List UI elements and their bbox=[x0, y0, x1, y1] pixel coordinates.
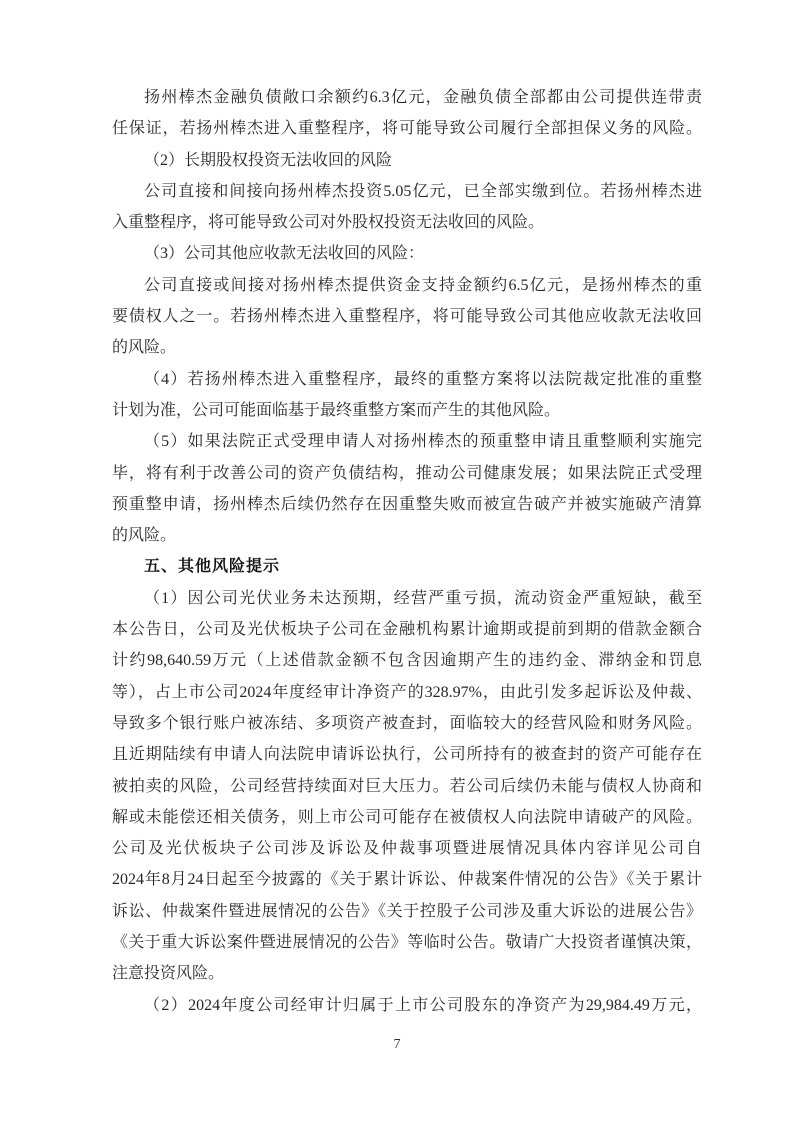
text-line: 计划为准，公司可能面临基于最终重整方案而产生的其他风险。 bbox=[112, 395, 702, 426]
text-line: 诉讼、仲裁案件暨进展情况的公告》《关于控股子公司涉及重大诉讼的进展公告》 bbox=[112, 896, 702, 927]
text-line: 且近期陆续有申请人向法院申请诉讼执行，公司所持有的被查封的资产可能存在 bbox=[112, 739, 702, 770]
text-line: 本公告日，公司及光伏板块子公司在金融机构累计逾期或提前到期的借款金额合 bbox=[112, 614, 702, 645]
text-line: 《关于重大诉讼案件暨进展情况的公告》等临时公告。敬请广大投资者谨慎决策， bbox=[112, 927, 702, 958]
text-line: 要债权人之一。若扬州棒杰进入重整程序，将可能导致公司其他应收款无法收回 bbox=[112, 301, 702, 332]
text-line: 2024年8月24日起至今披露的《关于累计诉讼、仲裁案件情况的公告》《关于累计 bbox=[112, 864, 702, 895]
text-line: 计约98,640.59万元（上述借款金额不包含因逾期产生的违约金、滞纳金和罚息 bbox=[112, 645, 702, 676]
text-line: 预重整申请，扬州棒杰后续仍然存在因重整失败而被宣告破产并被实施破产清算 bbox=[112, 489, 702, 520]
text-line: 被拍卖的风险，公司经营持续面对巨大压力。若公司后续仍未能与债权人协商和 bbox=[112, 771, 702, 802]
text-line: 公司直接和间接向扬州棒杰投资5.05亿元，已全部实缴到位。若扬州棒杰进 bbox=[112, 176, 702, 207]
document-page: 扬州棒杰金融负债敞口余额约6.3亿元，金融负债全部都由公司提供连带责任保证，若扬… bbox=[0, 0, 794, 1123]
text-line: 毕，将有利于改善公司的资产负债结构，推动公司健康发展；如果法院正式受理 bbox=[112, 458, 702, 489]
section-heading: 五、其他风险提示 bbox=[112, 551, 702, 582]
text-line: 解或未能偿还相关债务，则上市公司可能存在被债权人向法院申请破产的风险。 bbox=[112, 802, 702, 833]
text-line: （3）公司其他应收款无法收回的风险： bbox=[112, 238, 702, 269]
document-text-block: 扬州棒杰金融负债敞口余额约6.3亿元，金融负债全部都由公司提供连带责任保证，若扬… bbox=[112, 82, 702, 1021]
text-line: 公司直接或间接对扬州棒杰提供资金支持金额约6.5亿元，是扬州棒杰的重 bbox=[112, 270, 702, 301]
text-line: 任保证，若扬州棒杰进入重整程序，将可能导致公司履行全部担保义务的风险。 bbox=[112, 113, 702, 144]
text-line: 扬州棒杰金融负债敞口余额约6.3亿元，金融负债全部都由公司提供连带责 bbox=[112, 82, 702, 113]
text-line: （2）2024年度公司经审计归属于上市公司股东的净资产为29,984.49万元， bbox=[112, 990, 702, 1021]
text-line: 入重整程序，将可能导致公司对外股权投资无法收回的风险。 bbox=[112, 207, 702, 238]
text-line: 公司及光伏板块子公司涉及诉讼及仲裁事项暨进展情况具体内容详见公司自 bbox=[112, 833, 702, 864]
text-line: 等），占上市公司2024年度经审计净资产的328.97%，由此引发多起诉讼及仲裁… bbox=[112, 677, 702, 708]
text-line: （5）如果法院正式受理申请人对扬州棒杰的预重整申请且重整顺利实施完 bbox=[112, 426, 702, 457]
text-line: 导致多个银行账户被冻结、多项资产被查封，面临较大的经营风险和财务风险。 bbox=[112, 708, 702, 739]
text-line: （2）长期股权投资无法收回的风险 bbox=[112, 145, 702, 176]
text-line: 注意投资风险。 bbox=[112, 958, 702, 989]
text-line: 的风险。 bbox=[112, 332, 702, 363]
page-number: 7 bbox=[0, 1037, 794, 1053]
text-line: （1）因公司光伏业务未达预期，经营严重亏损，流动资金严重短缺，截至 bbox=[112, 583, 702, 614]
text-line: （4）若扬州棒杰进入重整程序，最终的重整方案将以法院裁定批准的重整 bbox=[112, 364, 702, 395]
text-line: 的风险。 bbox=[112, 520, 702, 551]
